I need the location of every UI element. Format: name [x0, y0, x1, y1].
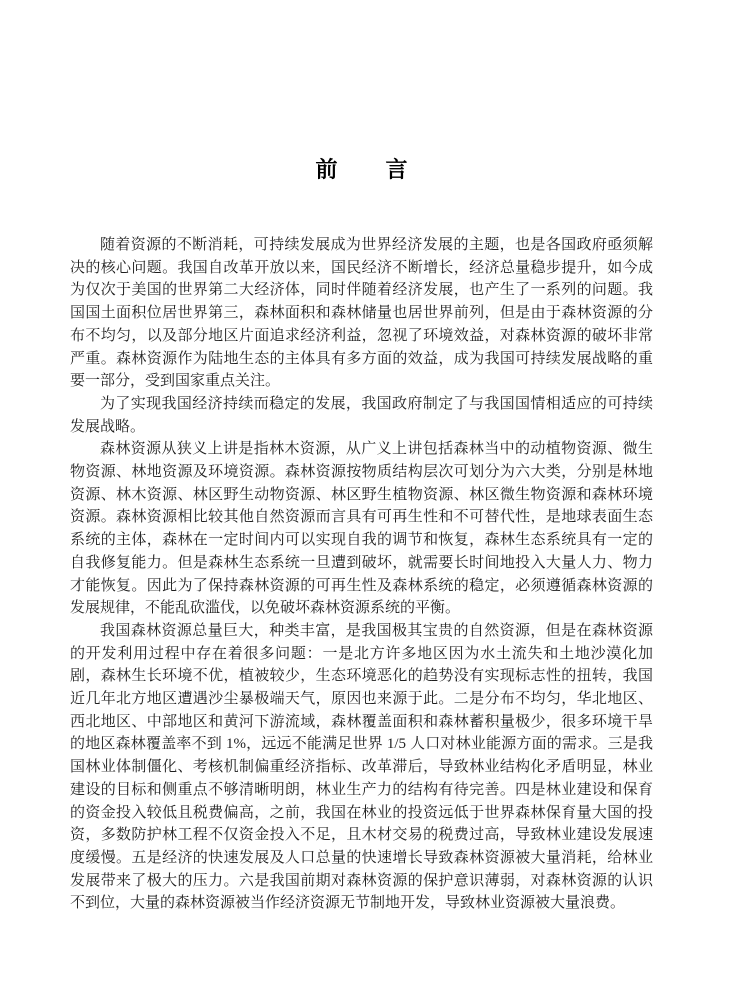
document-page: 前 言 随着资源的不断消耗，可持续发展成为世界经济发展的主题，也是各国政府亟须解…: [0, 0, 729, 1005]
page-title: 前 言: [70, 158, 653, 182]
paragraph-2: 为了实现我国经济持续而稳定的发展，我国政府制定了与我国国情相适应的可持续发展战略…: [70, 393, 653, 438]
page-content: 前 言 随着资源的不断消耗，可持续发展成为世界经济发展的主题，也是各国政府亟须解…: [0, 158, 729, 915]
paragraph-3: 森林资源从狭义上讲是指林木资源，从广义上讲包括森林当中的动植物资源、微生物资源、…: [70, 438, 653, 620]
body-text: 随着资源的不断消耗，可持续发展成为世界经济发展的主题，也是各国政府亟须解决的核心…: [70, 234, 653, 915]
page-title-char-first: 前: [315, 158, 337, 182]
paragraph-4: 我国森林资源总量巨大，种类丰富，是我国极其宝贵的自然资源，但是在森林资源的开发利…: [70, 620, 653, 915]
paragraph-1: 随着资源的不断消耗，可持续发展成为世界经济发展的主题，也是各国政府亟须解决的核心…: [70, 234, 653, 393]
page-title-char-second: 言: [386, 158, 408, 182]
